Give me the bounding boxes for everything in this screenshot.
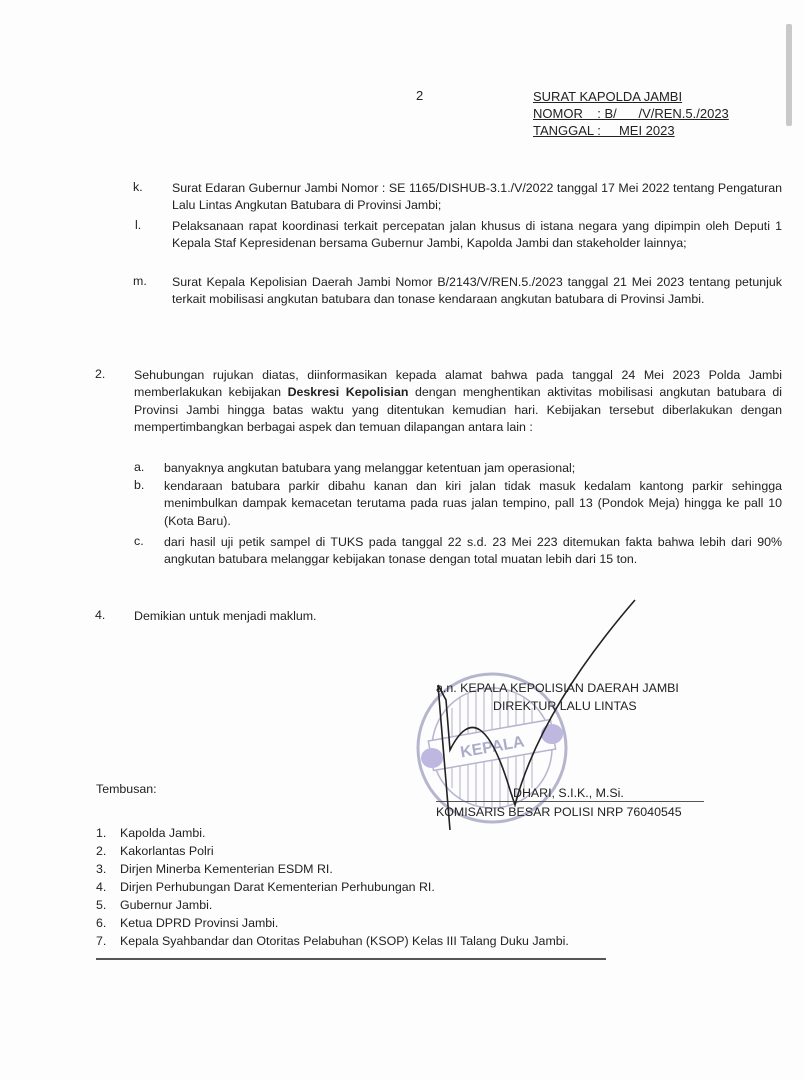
letter-tanggal: TANGGAL : MEI 2023	[533, 122, 729, 139]
handwritten-signature-icon	[420, 590, 640, 830]
list-item: 5.Gubernur Jambi.	[96, 898, 212, 912]
paragraph-2-text: Sehubungan rujukan diatas, diinformasika…	[134, 367, 782, 436]
reference-text: Surat Edaran Gubernur Jambi Nomor : SE 1…	[172, 180, 782, 215]
bottom-divider	[96, 958, 606, 960]
page-number: 2	[416, 88, 423, 103]
list-item: 4.Dirjen Perhubungan Darat Kementerian P…	[96, 880, 435, 894]
finding-text: dari hasil uji petik sampel di TUKS pada…	[164, 534, 782, 569]
letter-title: SURAT KAPOLDA JAMBI	[533, 88, 729, 105]
list-item: 6.Ketua DPRD Provinsi Jambi.	[96, 916, 278, 930]
list-marker: 2.	[95, 367, 105, 381]
list-marker: l.	[135, 218, 141, 232]
list-item: 1.Kapolda Jambi.	[96, 826, 205, 840]
finding-text: kendaraan batubara parkir dibahu kanan d…	[164, 478, 782, 530]
scrollbar[interactable]	[786, 24, 792, 126]
list-marker: c.	[134, 534, 144, 548]
reference-text: Pelaksanaan rapat koordinasi terkait per…	[172, 218, 782, 253]
letter-header: SURAT KAPOLDA JAMBI NOMOR : B/ /V/REN.5.…	[533, 88, 729, 139]
list-marker: m.	[133, 274, 147, 288]
list-marker: a.	[134, 460, 144, 474]
tembusan-label: Tembusan:	[96, 782, 157, 796]
list-item: 2.Kakorlantas Polri	[96, 844, 214, 858]
bold-term: Deskresi Kepolisian	[288, 385, 409, 399]
list-marker: k.	[133, 180, 143, 194]
list-item: 3.Dirjen Minerba Kementerian ESDM RI.	[96, 862, 333, 876]
list-marker: b.	[134, 478, 144, 492]
finding-text: banyaknya angkutan batubara yang melangg…	[164, 460, 782, 477]
list-item: 7.Kepala Syahbandar dan Otoritas Pelabuh…	[96, 934, 569, 948]
reference-text: Surat Kepala Kepolisian Daerah Jambi Nom…	[172, 274, 782, 309]
letter-nomor: NOMOR : B/ /V/REN.5./2023	[533, 105, 729, 122]
list-marker: 4.	[95, 608, 105, 622]
